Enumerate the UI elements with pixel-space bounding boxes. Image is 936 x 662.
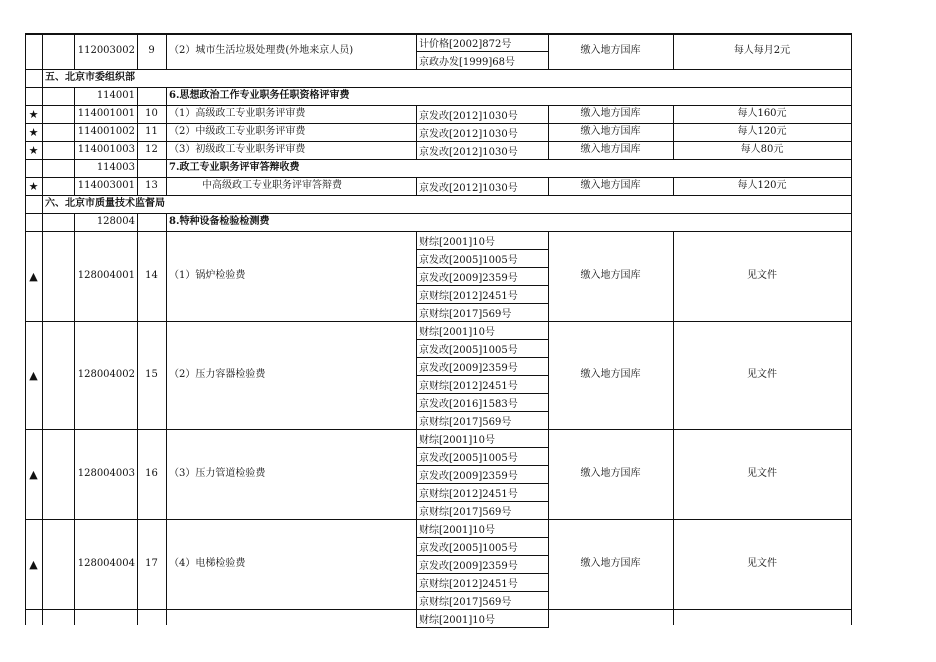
item-name: 中高级政工专业职务评审答辩费: [166, 177, 416, 195]
item-seq: 9: [137, 33, 166, 69]
triangle-icon: ▲: [25, 429, 42, 519]
document-reference: 京发改[2005]1005号: [416, 249, 549, 268]
grid-line: [25, 159, 26, 178]
document-reference: 京发改[2005]1005号: [416, 537, 549, 556]
fee-standard: 见文件: [673, 429, 851, 519]
grid-line: [851, 123, 852, 142]
grid-line: [74, 609, 75, 625]
grid-line: [851, 195, 852, 214]
star-icon: ★: [25, 105, 42, 123]
grid-line: [851, 105, 852, 124]
grid-line: [42, 141, 43, 160]
document-reference: 京发改[2009]2359号: [416, 555, 549, 574]
category-code: 114001: [74, 87, 137, 105]
item-code: 128004002: [74, 321, 137, 429]
grid-line: [851, 177, 852, 196]
document-reference: 财综[2001]10号: [416, 519, 549, 538]
item-name: （1）锅炉检验费: [166, 231, 416, 321]
fee-standard: 每人120元: [673, 123, 851, 141]
item-seq: 15: [137, 321, 166, 429]
grid-line: [25, 34, 852, 35]
grid-line: [42, 33, 43, 70]
category-title: 7.政工专业职务评审答辩收费: [166, 159, 851, 177]
grid-line: [137, 87, 138, 106]
document-reference: 财综[2001]10号: [416, 321, 549, 340]
grid-line: [851, 213, 852, 232]
item-code: 114003001: [74, 177, 137, 195]
document-reference: 京发改[2009]2359号: [416, 465, 549, 484]
item-seq: 10: [137, 105, 166, 123]
grid-line: [851, 429, 852, 520]
grid-line: [25, 609, 26, 625]
item-code: 114001003: [74, 141, 137, 159]
revenue-destination: 缴入地方国库: [548, 141, 673, 159]
section-title: 六、北京市质量技术监督局: [42, 195, 851, 213]
grid-line: [25, 87, 26, 106]
category-code: 114003: [74, 159, 137, 177]
item-code: 114001001: [74, 105, 137, 123]
document-reference: 京发改[2005]1005号: [416, 339, 549, 358]
document-reference: 京发改[2016]1583号: [416, 393, 549, 412]
item-code: 128004001: [74, 231, 137, 321]
item-name: （2）中级政工专业职务评审费: [166, 123, 416, 141]
category-title: 8.特种设备检验检测费: [166, 213, 851, 231]
grid-line: [42, 231, 43, 322]
item-code: 114001002: [74, 123, 137, 141]
document-reference: 京发改[2009]2359号: [416, 267, 549, 286]
grid-line: [42, 519, 43, 610]
triangle-icon: ▲: [25, 321, 42, 429]
grid-line: [851, 321, 852, 430]
grid-line: [851, 159, 852, 178]
item-name: （3）初级政工专业职务评审费: [166, 141, 416, 159]
revenue-destination: 缴入地方国库: [548, 105, 673, 123]
fee-standard: 见文件: [673, 519, 851, 609]
grid-line: [25, 195, 26, 214]
document-reference: 京财综[2012]2451号: [416, 573, 549, 592]
revenue-destination: 缴入地方国库: [548, 321, 673, 429]
revenue-destination: 缴入地方国库: [548, 231, 673, 321]
grid-line: [137, 213, 138, 232]
item-seq: 17: [137, 519, 166, 609]
fee-standard: 见文件: [673, 321, 851, 429]
item-name: （1）高级政工专业职务评审费: [166, 105, 416, 123]
fee-standard: 每人80元: [673, 141, 851, 159]
grid-line: [851, 609, 852, 625]
grid-line: [42, 609, 43, 625]
document-reference: 京财综[2012]2451号: [416, 375, 549, 394]
fee-table: 1120030029（2）城市生活垃圾处理费(外地来京人员)计价格[2002]8…: [0, 0, 936, 662]
item-name: （2）压力容器检验费: [166, 321, 416, 429]
item-seq: 16: [137, 429, 166, 519]
document-reference: 京发改[2012]1030号: [416, 177, 549, 196]
grid-line: [673, 609, 674, 625]
grid-line: [42, 429, 43, 520]
triangle-icon: ▲: [25, 231, 42, 321]
grid-line: [42, 177, 43, 196]
revenue-destination: 缴入地方国库: [548, 519, 673, 609]
grid-line: [851, 231, 852, 322]
item-code: 128004003: [74, 429, 137, 519]
star-icon: ★: [25, 177, 42, 195]
grid-line: [42, 105, 43, 124]
section-title: 五、北京市委组织部: [42, 69, 851, 87]
fee-standard: 见文件: [673, 231, 851, 321]
star-icon: ★: [25, 141, 42, 159]
item-name: （2）城市生活垃圾处理费(外地来京人员): [166, 33, 416, 69]
document-reference: 财综[2001]10号: [416, 609, 549, 628]
document-reference: 京发改[2005]1005号: [416, 447, 549, 466]
document-reference: 财综[2001]10号: [416, 429, 549, 448]
grid-line: [851, 33, 852, 70]
grid-line: [42, 123, 43, 142]
grid-line: [851, 69, 852, 88]
grid-line: [25, 69, 26, 88]
grid-line: [42, 321, 43, 430]
document-reference: 财综[2001]10号: [416, 231, 549, 250]
document-reference: 京财综[2017]569号: [416, 591, 549, 610]
grid-line: [42, 213, 43, 232]
item-code: 112003002: [74, 33, 137, 69]
grid-line: [851, 141, 852, 160]
document-reference: 京财综[2017]569号: [416, 501, 549, 520]
grid-line: [137, 609, 138, 625]
item-name: （4）电梯检验费: [166, 519, 416, 609]
fee-standard: 每人160元: [673, 105, 851, 123]
revenue-destination: 缴入地方国库: [548, 429, 673, 519]
document-reference: 京政办发[1999]68号: [416, 51, 549, 70]
document-reference: 京发改[2012]1030号: [416, 105, 549, 124]
revenue-destination: 缴入地方国库: [548, 33, 673, 69]
document-reference: 京发改[2012]1030号: [416, 141, 549, 160]
document-reference: 京财综[2017]569号: [416, 303, 549, 322]
grid-line: [42, 159, 43, 178]
document-reference: 京发改[2012]1030号: [416, 123, 549, 142]
document-reference: 京财综[2017]569号: [416, 411, 549, 430]
item-name: （3）压力管道检验费: [166, 429, 416, 519]
document-reference: 京财综[2012]2451号: [416, 285, 549, 304]
item-seq: 12: [137, 141, 166, 159]
revenue-destination: 缴入地方国库: [548, 177, 673, 195]
grid-line: [25, 33, 26, 70]
item-code: 128004004: [74, 519, 137, 609]
grid-line: [851, 519, 852, 610]
fee-standard: 每人每月2元: [673, 33, 851, 69]
grid-line: [851, 87, 852, 106]
grid-line: [42, 87, 43, 106]
category-code: 128004: [74, 213, 137, 231]
category-title: 6.思想政治工作专业职务任职资格评审费: [166, 87, 851, 105]
triangle-icon: ▲: [25, 519, 42, 609]
item-seq: 14: [137, 231, 166, 321]
document-reference: 京发改[2009]2359号: [416, 357, 549, 376]
grid-line: [166, 609, 167, 625]
document-reference: 计价格[2002]872号: [416, 33, 549, 52]
item-seq: 13: [137, 177, 166, 195]
star-icon: ★: [25, 123, 42, 141]
item-seq: 11: [137, 123, 166, 141]
grid-line: [25, 213, 26, 232]
revenue-destination: 缴入地方国库: [548, 123, 673, 141]
fee-standard: 每人120元: [673, 177, 851, 195]
grid-line: [137, 159, 138, 178]
document-reference: 京财综[2012]2451号: [416, 483, 549, 502]
